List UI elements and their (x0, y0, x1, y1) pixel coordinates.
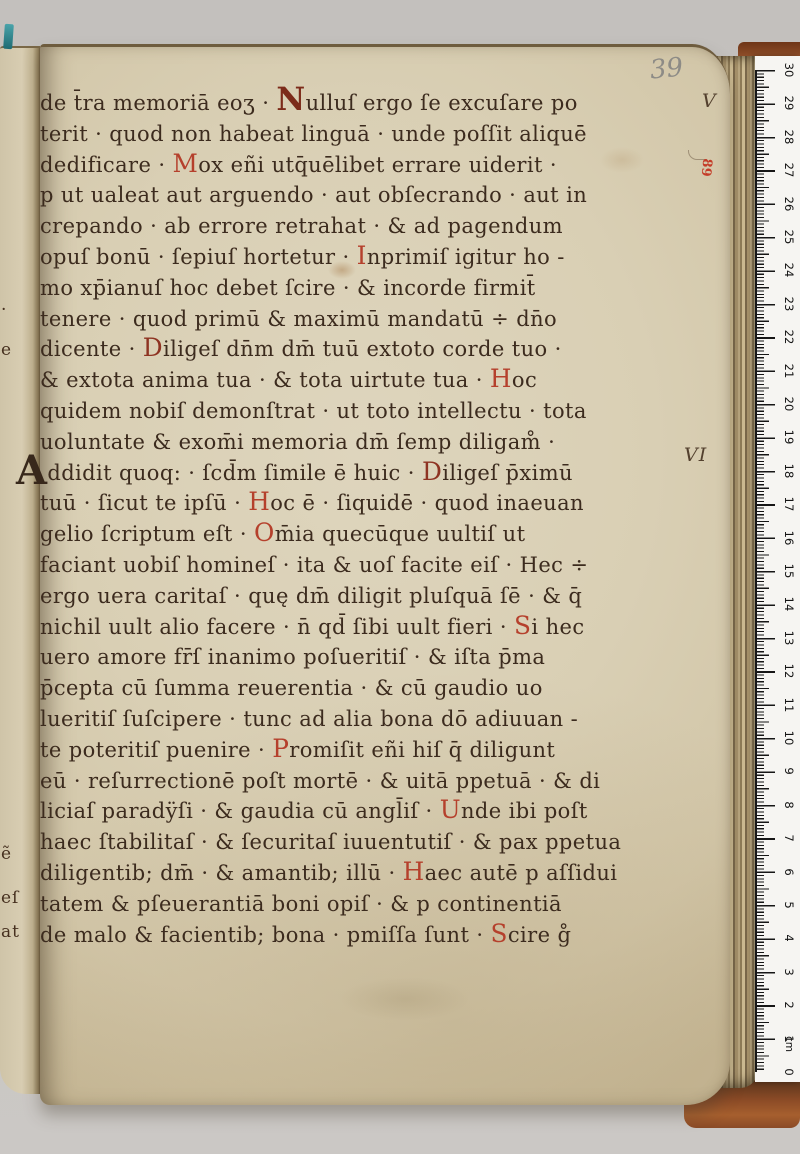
text-segment: de t̄ra memoriā eoʒ · (40, 91, 276, 115)
text-segment: haec ſtabilitaſ · & ſecuritaſ iuuentutiſ… (40, 830, 621, 854)
text-segment: iligeſ dn̄m dm̄ tuū extoto corde tuo · (163, 337, 562, 361)
manuscript-text-line: dedificare · Mox eñi utq̄uēlibet errare … (40, 150, 640, 181)
parchment-stain (340, 977, 470, 1021)
ruler-number: 27 (778, 161, 796, 179)
manuscript-text-line: nichil uult alio facere · n̄ qd̄ ſibi uu… (40, 612, 640, 643)
ruler-number: 25 (778, 228, 796, 246)
manuscript-text-line: de t̄ra memoriā eoʒ · Nulluſ ergo ſe exc… (40, 88, 640, 119)
manuscript-text-line: p ut ualeat aut arguendo · aut obſecrand… (40, 180, 640, 211)
ruler-number: 5 (778, 896, 796, 914)
text-segment: romiſit eñi hiſ q̄ diligunt (289, 738, 555, 762)
ruler-number: 13 (778, 629, 796, 647)
manuscript-text-line: & extota anima tua · & tota uirtute tua … (40, 365, 640, 396)
ruler-number: 15 (778, 562, 796, 580)
measuring-ruler: 0123456789101112131415161718192021222324… (755, 56, 800, 1082)
ruler-number: 18 (778, 462, 796, 480)
ruler-number: 23 (778, 295, 796, 313)
decorated-initial: O (254, 518, 275, 547)
facing-page-edge: ·eẽeſat (0, 46, 40, 1094)
ruler-number: 12 (778, 662, 796, 680)
manuscript-text-line: eū · reſurrectionē poſt mortē · & uitā p… (40, 766, 640, 797)
text-segment: ox eñi utq̄uēlibet errare uiderit · (198, 153, 557, 177)
text-segment: de malo & facientib; bona · pmiſſa ſunt … (40, 923, 491, 947)
manuscript-text-line: gelio ſcriptum eſt · Om̄ia quecūque uult… (40, 519, 640, 550)
text-segment: & extota anima tua · & tota uirtute tua … (40, 368, 490, 392)
ruler-number: 11 (778, 696, 796, 714)
decorated-initial: P (272, 734, 289, 763)
text-segment: nichil uult alio facere · n̄ qd̄ ſibi uu… (40, 615, 514, 639)
text-segment: te poteritiſ puenire · (40, 738, 272, 762)
ruler-number: 16 (778, 529, 796, 547)
ruler-number: 2 (778, 996, 796, 1014)
ruler-number: 28 (778, 128, 796, 146)
ruler-number: 10 (778, 729, 796, 747)
text-segment: faciant uobiſ homineſ · ita & uoſ facite… (40, 553, 588, 577)
ruler-number: 22 (778, 328, 796, 346)
manuscript-text-line: tatem & pſeuerantiā boni opiſ · & p cont… (40, 889, 640, 920)
ruler-number: 21 (778, 362, 796, 380)
text-segment: oc ē · ſiquidē · quod inaeuan (270, 491, 584, 515)
text-segment: tenere · quod primū & maximū mandatū ÷ d… (40, 307, 557, 331)
manuscript-text-line: diligentib; dm̄ · & amantib; illū · Haec… (40, 858, 640, 889)
ruler-number: 19 (778, 428, 796, 446)
text-segment: liciaſ paradÿſi · & gaudia cū angl̄iſ · (40, 799, 440, 823)
margin-section-numeral-v: V (702, 90, 717, 112)
manuscript-text-line: terit · quod non habeat linguā · unde po… (40, 119, 640, 150)
manuscript-text-line: uoluntate & exom̄i memoria dm̄ ſemp dili… (40, 427, 640, 458)
manuscript-text-line: Addidit quoq: · ſcd̄m ſimile ē huic · Di… (40, 458, 640, 489)
text-segment: nprimiſ igitur ho - (367, 245, 565, 269)
decorated-initial: M (173, 149, 199, 178)
ruler-number: 29 (778, 94, 796, 112)
ruler-number: 7 (778, 829, 796, 847)
manuscript-text-line: tenere · quod primū & maximū mandatū ÷ d… (40, 304, 640, 335)
text-segment: oc (512, 368, 537, 392)
text-segment: lueritiſ ſuſcipere · tunc ad alia bona d… (40, 707, 578, 731)
text-segment: iligeſ p̄ximū (442, 461, 573, 485)
text-segment: p̄cepta cū ſumma reuerentia · & cū gaudi… (40, 676, 543, 700)
ruler-number: 0 (778, 1063, 796, 1081)
manuscript-text-line: de malo & facientib; bona · pmiſſa ſunt … (40, 920, 640, 951)
text-segment: m̄ia quecūque uultiſ ut (275, 522, 526, 546)
manuscript-text-line: uero amore fr̄ſ inanimo poſueritiſ · & i… (40, 642, 640, 673)
ruler-number: 6 (778, 863, 796, 881)
decorated-initial: U (440, 795, 461, 824)
text-segment: diligentib; dm̄ · & amantib; illū · (40, 861, 403, 885)
folio-number: 39 (649, 52, 685, 85)
manuscript-text-line: lueritiſ ſuſcipere · tunc ad alia bona d… (40, 704, 640, 735)
ruler-number: 3 (778, 963, 796, 981)
ruler-number: 4 (778, 929, 796, 947)
text-segment: crepando · ab errore retrahat · & ad pag… (40, 214, 563, 238)
decorated-initial: H (490, 364, 512, 393)
text-segment: opuſ bonū · ſepiuſ hortetur · (40, 245, 357, 269)
ruler-number: 8 (778, 796, 796, 814)
text-segment: ergo uera caritaſ · quę dm̄ diligit pluſ… (40, 584, 582, 608)
ruler-number: 17 (778, 495, 796, 513)
text-segment: uero amore fr̄ſ inanimo poſueritiſ · & i… (40, 645, 545, 669)
manuscript-text-line: te poteritiſ puenire · Promiſit eñi hiſ … (40, 735, 640, 766)
text-segment: p ut ualeat aut arguendo · aut obſecrand… (40, 183, 587, 207)
text-segment: aec autē p aſſidui (425, 861, 618, 885)
manuscript-text-line: tuū · ſicut te ipſū · Hoc ē · ſiquidē · … (40, 488, 640, 519)
decorated-initial: S (491, 919, 508, 948)
margin-section-numeral-vi: VI (684, 444, 707, 466)
facing-page-text-fragment: · (1, 300, 7, 320)
text-segment: uoluntate & exom̄i memoria dm̄ ſemp dili… (40, 430, 555, 454)
text-segment: mo xp̄ianuſ hoc debet ſcire · & incorde … (40, 276, 536, 300)
manuscript-text-line: haec ſtabilitaſ · & ſecuritaſ iuuentutiſ… (40, 827, 640, 858)
decorated-initial: D (422, 457, 442, 486)
red-margin-mark: 89 (698, 158, 715, 177)
manuscript-text-line: dicente · Diligeſ dn̄m dm̄ tuū extoto co… (40, 334, 640, 365)
decorated-initial: S (514, 611, 531, 640)
manuscript-text-line: crepando · ab errore retrahat · & ad pag… (40, 211, 640, 242)
manuscript-text-block: de t̄ra memoriā eoʒ · Nulluſ ergo ſe exc… (40, 88, 640, 950)
text-segment: dedificare · (40, 153, 173, 177)
decorated-initial: D (143, 333, 163, 362)
facing-page-text-fragment: e (1, 340, 12, 360)
ruler-number: 26 (778, 195, 796, 213)
ruler-number: 14 (778, 595, 796, 613)
text-segment: dicente · (40, 337, 143, 361)
facing-page-text-fragment: ẽ (1, 844, 12, 864)
text-segment: cire g̊ (508, 923, 571, 947)
text-segment: tatem & pſeuerantiā boni opiſ · & p cont… (40, 892, 562, 916)
manuscript-text-line: mo xp̄ianuſ hoc debet ſcire · & incorde … (40, 273, 640, 304)
decorated-initial: I (357, 241, 367, 270)
manuscript-text-line: quidem nobiſ demonſtrat · ut toto intell… (40, 396, 640, 427)
facing-page-text-fragment: eſ (1, 888, 19, 908)
ruler-number: 30 (778, 61, 796, 79)
text-segment: ulluſ ergo ſe excuſare po (306, 91, 578, 115)
decorated-initial: N (276, 81, 305, 118)
ruler-cm-ticks (755, 70, 775, 1072)
photo-background: ·eẽeſat de t̄ra memoriā eoʒ · Nulluſ erg… (0, 0, 800, 1154)
text-segment: gelio ſcriptum eſt · (40, 522, 254, 546)
manuscript-text-line: faciant uobiſ homineſ · ita & uoſ facite… (40, 550, 640, 581)
decorated-initial: H (248, 487, 270, 516)
manuscript-text-line: ergo uera caritaſ · quę dm̄ diligit pluſ… (40, 581, 640, 612)
decorated-initial: H (403, 857, 425, 886)
text-segment: eū · reſurrectionē poſt mortē · & uitā p… (40, 769, 600, 793)
ruler-number: 20 (778, 395, 796, 413)
text-segment: tuū · ſicut te ipſū · (40, 491, 248, 515)
text-segment: terit · quod non habeat linguā · unde po… (40, 122, 587, 146)
manuscript-text-line: liciaſ paradÿſi · & gaudia cū angl̄iſ · … (40, 796, 640, 827)
text-segment: quidem nobiſ demonſtrat · ut toto intell… (40, 399, 587, 423)
ruler-number: 24 (778, 261, 796, 279)
facing-page-text-fragment: at (1, 922, 20, 942)
text-segment: ddidit quoq: · ſcd̄m ſimile ē huic · (47, 461, 422, 485)
manuscript-text-line: opuſ bonū · ſepiuſ hortetur · Inprimiſ i… (40, 242, 640, 273)
bookmark-thread (3, 24, 14, 50)
manuscript-text-line: p̄cepta cū ſumma reuerentia · & cū gaudi… (40, 673, 640, 704)
ruler-unit-label: cm (779, 1035, 795, 1053)
text-segment: nde ibi poſt (461, 799, 588, 823)
ruler-number: 9 (778, 762, 796, 780)
text-segment: i hec (531, 615, 584, 639)
